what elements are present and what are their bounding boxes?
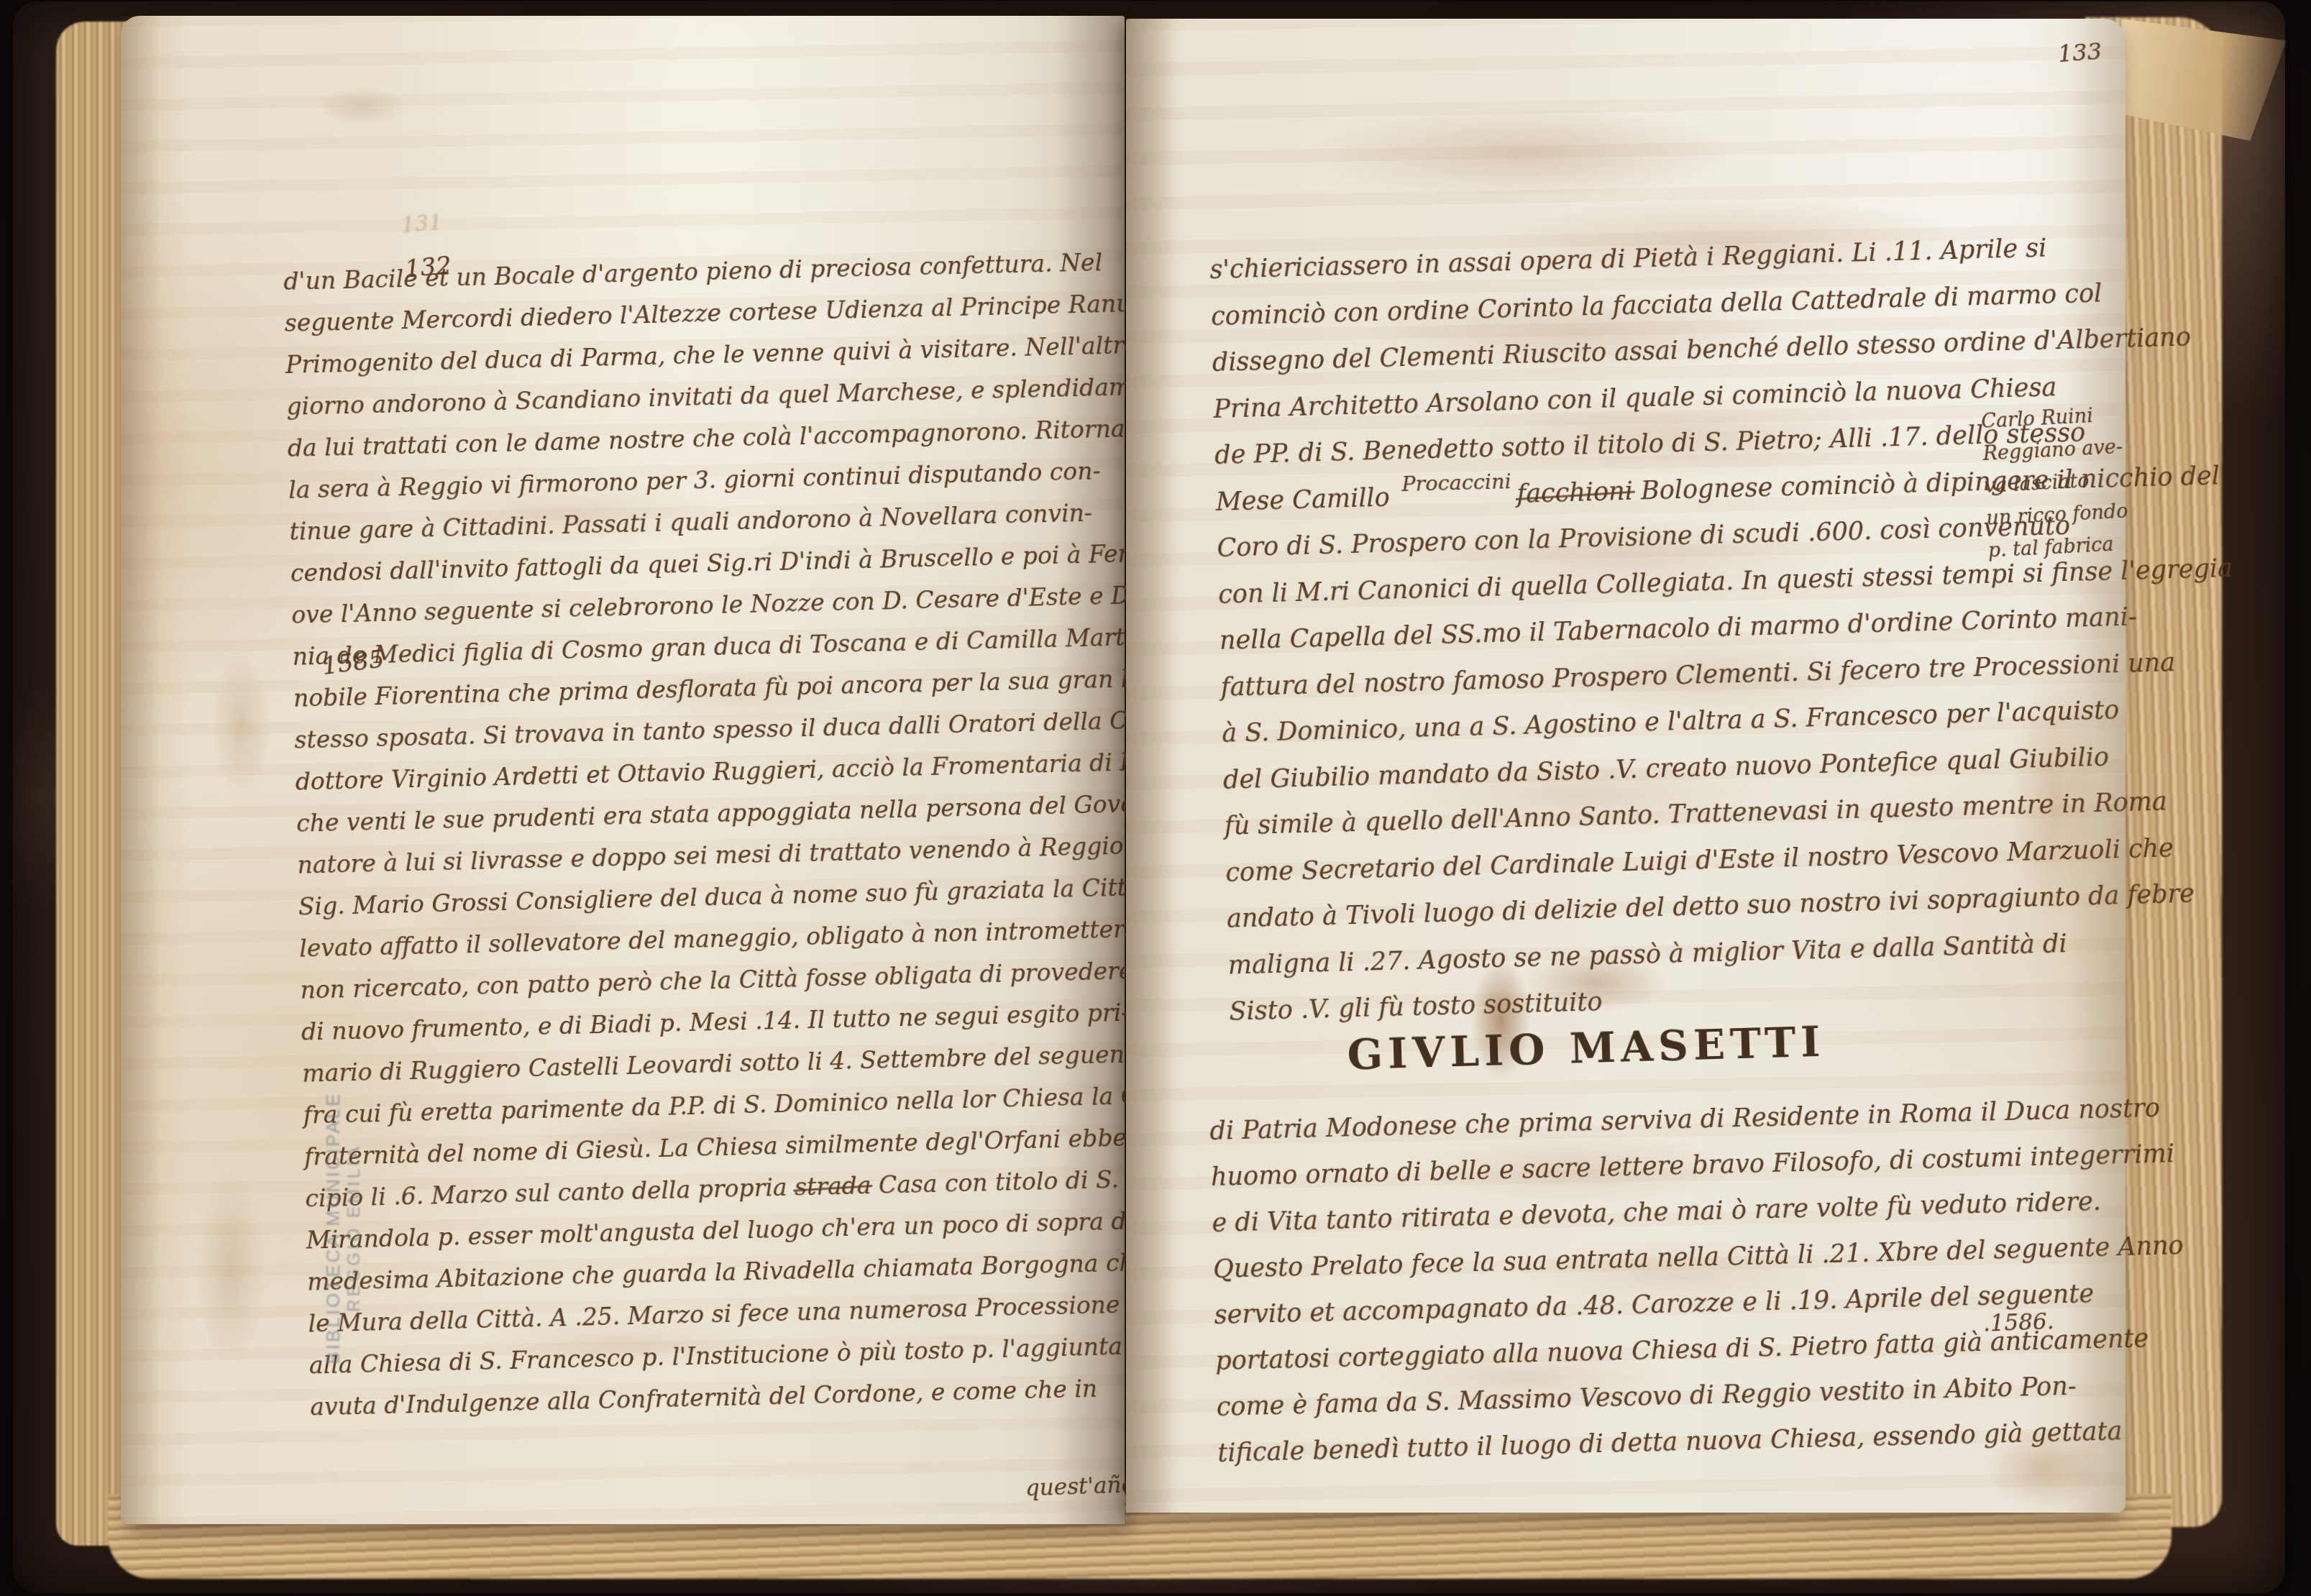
folio-number-right: 133	[2057, 37, 2103, 68]
right-page-text-lower: di Patria Modonese che prima serviva di …	[1209, 1096, 2059, 1485]
left-page-text: d'un Bacile et un Bocale d'argento pieno…	[283, 248, 1138, 1435]
library-stamp-line1: BIBLIOTECA MUNICIPALE	[322, 1084, 344, 1372]
left-page: 131 132 1585 d'un Bacile et un Bocale d'…	[121, 16, 1125, 1524]
struck-word: facchioni	[1516, 477, 1634, 508]
margin-note-carlo-ruini: Carlo RuiniReggiano ave-va lasciatoun ri…	[1980, 397, 2154, 567]
library-stamp: BIBLIOTECA MUNICIPALE REGGIO EMILIA	[322, 1084, 377, 1372]
right-page: 133 s'chiericiassero in assai opera di P…	[1126, 19, 2125, 1513]
inserted-word: Procaccini	[1401, 469, 1511, 496]
folio-number-ghost: 131	[401, 210, 444, 238]
catchword-left: quest'año	[1025, 1472, 1135, 1501]
manuscript-photo: 131 132 1585 d'un Bacile et un Bocale d'…	[0, 0, 2311, 1596]
margin-note-year-1586: .1586.	[1982, 1308, 2054, 1336]
right-page-text-upper: s'chiericiassero in assai opera di Pietà…	[1209, 234, 2064, 1044]
library-stamp-line2: REGGIO EMILIA	[344, 1084, 365, 1372]
struck-word: strada	[795, 1171, 871, 1201]
